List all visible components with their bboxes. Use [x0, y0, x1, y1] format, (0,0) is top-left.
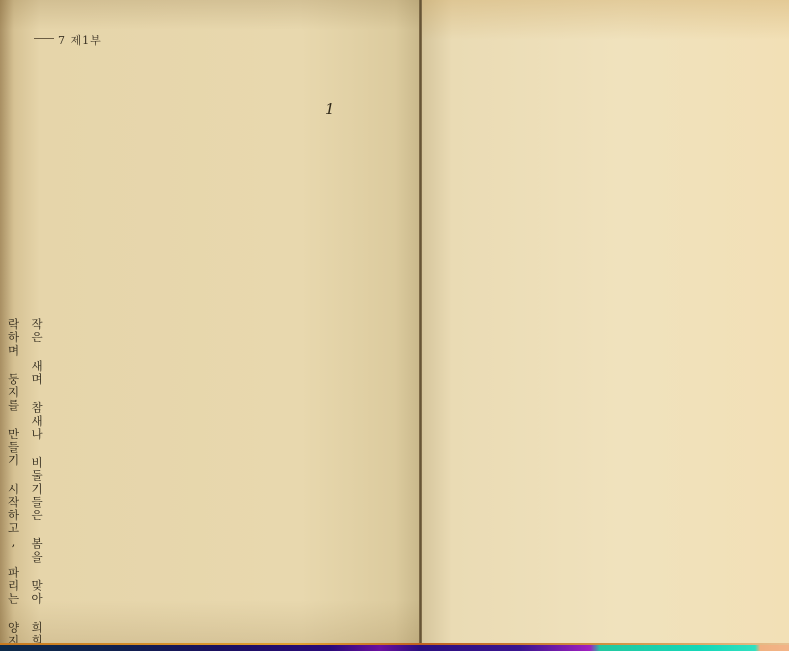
- book-spread: 7 제1부 1 몇 십만이라는 인간이 비좁은 곳에 모여서, 서로 밀치락달치…: [0, 0, 789, 643]
- running-head: 7 제1부: [58, 32, 102, 48]
- chapter-number: 1: [325, 100, 335, 118]
- left-page: 7 제1부 1 몇 십만이라는 인간이 비좁은 곳에 모여서, 서로 밀치락달치…: [0, 0, 421, 643]
- running-head-rule: [34, 38, 54, 39]
- text-column: 락하며 둥지를 만들기 시작하고, 파리는 양지 쪽: [1, 318, 25, 608]
- scan-artifact-strip: [0, 643, 789, 651]
- text-block-bottom: 작은 새며 참새나 비둘기들은 봄을 맞아 희희낙 락하며 둥지를 만들기 시작…: [0, 318, 48, 608]
- right-page: [422, 0, 789, 643]
- text-column: 작은 새며 참새나 비둘기들은 봄을 맞아 희희낙: [25, 318, 49, 608]
